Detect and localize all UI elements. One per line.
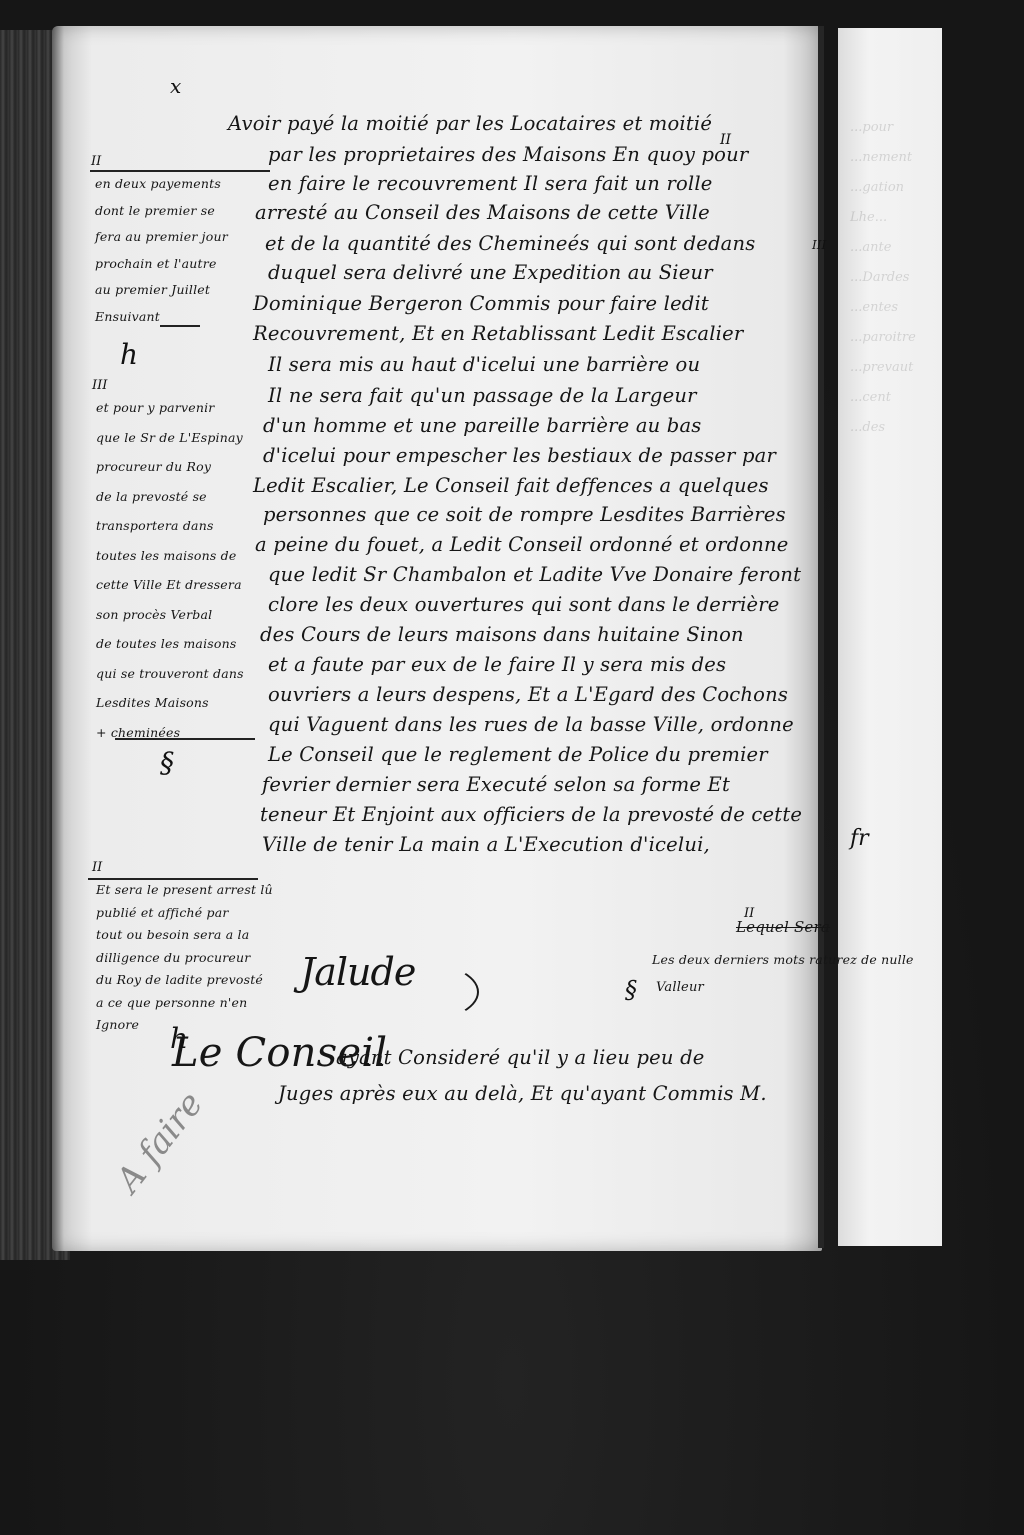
main-text-line: en faire le recouvrement Il sera fait un… (268, 172, 713, 195)
main-text-line: que ledit Sr Chambalon et Ladite Vve Don… (268, 563, 801, 586)
ghost-text-line: ...entes (850, 300, 898, 315)
margin-note-line: que le Sr de L'Espinay (96, 430, 243, 445)
main-text-line: Dominique Bergeron Commis pour faire led… (253, 292, 709, 315)
paraph-mark: § (625, 976, 637, 1004)
section-line-2: Juges après eux au delà, Et qu'ayant Com… (278, 1082, 767, 1105)
ghost-text-line: Lhe... (850, 210, 887, 225)
margin-rule (160, 325, 200, 327)
main-text-line: Le Conseil que le reglement de Police du… (268, 743, 768, 766)
main-text-line: Il sera mis au haut d'icelui une barrièr… (268, 353, 700, 376)
ghost-text-line: ...prevaut (850, 360, 913, 375)
margin-note-line: et pour y parvenir (96, 400, 214, 415)
paraph-mark: h (120, 338, 138, 371)
margin-rule (115, 738, 255, 740)
ghost-text-line: ...cent (850, 390, 891, 405)
paraph-mark: § (160, 746, 174, 779)
main-text-line: Avoir payé la moitié par les Locataires … (228, 112, 712, 135)
margin-marker: II (91, 154, 101, 169)
margin-rule (88, 878, 258, 880)
margin-note-line: Et sera le present arrest lû (96, 882, 273, 897)
main-text-line: teneur Et Enjoint aux officiers de la pr… (260, 803, 802, 826)
margin-note-line: du Roy de ladite prevosté (96, 972, 263, 987)
margin-note-line: Lesdites Maisons (96, 695, 209, 710)
ghost-text-line: ...gation (850, 180, 904, 195)
margin-note-line: qui se trouveront dans (96, 666, 244, 681)
margin-note-line: tout ou besoin sera a la (96, 927, 249, 942)
margin-note-line: son procès Verbal (96, 607, 212, 622)
signature-flourish (345, 960, 479, 1024)
main-text-line: Ledit Escalier, Le Conseil fait deffence… (253, 474, 769, 497)
ghost-text-line: ...nement (850, 150, 912, 165)
main-text-line: Recouvrement, Et en Retablissant Ledit E… (253, 322, 743, 345)
margin-note-line: Ignore (96, 1017, 139, 1032)
main-text-line: fevrier dernier sera Executé selon sa fo… (262, 773, 730, 796)
margin-marker: III (92, 378, 107, 393)
margin-note-line: prochain et l'autre (95, 256, 217, 271)
ghost-text-line: ...Dardes (850, 270, 909, 285)
folio-mark: fr (850, 826, 869, 851)
main-text-line: clore les deux ouvertures qui sont dans … (268, 593, 780, 616)
margin-note-line: transportera dans (96, 518, 214, 533)
main-text-line: Il ne sera fait qu'un passage de la Larg… (268, 384, 697, 407)
main-text-line: qui Vaguent dans les rues de la basse Vi… (268, 713, 794, 736)
margin-marker: II (92, 860, 102, 875)
margin-rule (90, 170, 270, 172)
main-text-line: a peine du fouet, a Ledit Conseil ordonn… (255, 533, 788, 556)
main-text-line: arresté au Conseil des Maisons de cette … (255, 201, 710, 224)
main-text-line: et de la quantité des Chemineés qui sont… (265, 232, 755, 255)
ghost-text-line: ...des (850, 420, 885, 435)
margin-note-line: dilligence du procureur (96, 950, 250, 965)
struck-word: Lequel Sera (736, 918, 830, 936)
margin-note-line: cette Ville Et dressera (96, 577, 242, 592)
interlinear-signoff: Valleur (656, 980, 704, 995)
main-text-line: et a faute par eux de le faire Il y sera… (268, 653, 726, 676)
margin-note-line: au premier Juillet (95, 282, 210, 297)
margin-note-line: dont le premier se (95, 203, 215, 218)
top-mark: x (170, 74, 181, 98)
main-text-line: par les proprietaires des Maisons En quo… (268, 143, 748, 166)
interlinear-note: Les deux derniers mots raturez de nulle (652, 952, 914, 967)
ghost-text-line: ...paroitre (850, 330, 916, 345)
ghost-text-line: ...pour (850, 120, 893, 135)
margin-note-line: de toutes les maisons (96, 636, 236, 651)
main-text-line: d'un homme et une pareille barrière au b… (263, 414, 702, 437)
insertion-mark-1: II (720, 132, 731, 148)
section-line-1: ayant Consideré qu'il y a lieu peu de (336, 1046, 705, 1069)
main-text-line: d'icelui pour empescher les bestiaux de … (263, 444, 776, 467)
main-text-line: personnes que ce soit de rompre Lesdites… (263, 503, 786, 526)
margin-note-line: de la prevosté se (96, 489, 207, 504)
page-gutter-shadow (818, 26, 824, 1248)
margin-note-line: a ce que personne n'en (96, 995, 247, 1010)
margin-note-line: toutes les maisons de (96, 548, 236, 563)
main-text-line: des Cours de leurs maisons dans huitaine… (260, 623, 744, 646)
margin-note-line: Ensuivant (95, 309, 160, 324)
insertion-mark-2: III (812, 238, 826, 252)
margin-note-line: fera au premier jour (95, 229, 228, 244)
margin-note-line: procureur du Roy (96, 459, 211, 474)
margin-note-line: publié et affiché par (96, 905, 229, 920)
main-text-line: duquel sera delivré une Expedition au Si… (268, 261, 713, 284)
paraph-mark: h (170, 1022, 188, 1055)
ghost-text-line: ...ante (850, 240, 891, 255)
main-text-line: Ville de tenir La main a L'Execution d'i… (262, 833, 710, 856)
margin-note-line: en deux payements (95, 176, 221, 191)
main-text-line: ouvriers a leurs despens, Et a L'Egard d… (268, 683, 788, 706)
